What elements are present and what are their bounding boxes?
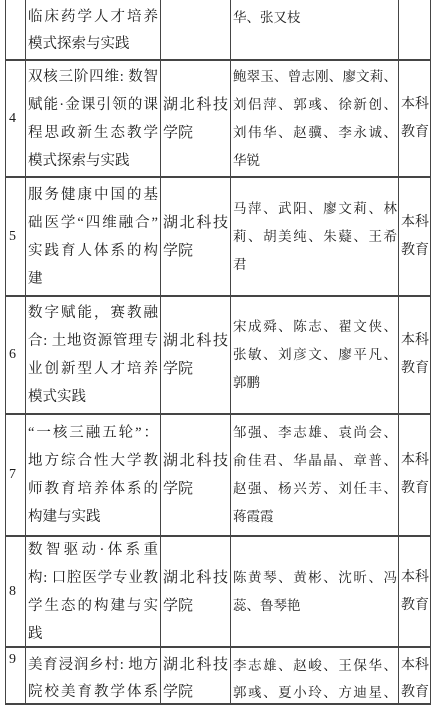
- table-row: 7 “一核三融五轮”：地方综合性大学教师教育培养体系的构建与实践 湖北科技学院 …: [6, 415, 431, 537]
- project-title-cell: 双核三阶四维: 数智赋能·金课引领的课程思政新生态教学模式探索与实践: [26, 61, 161, 176]
- text-line: 构: 口腔医学专业教: [28, 564, 158, 592]
- institution-cell: 湖北科技学院: [161, 537, 231, 646]
- text-line: 师教育培养体系的: [28, 475, 158, 503]
- text-line: 教育: [401, 119, 429, 147]
- text-line: 学院: [163, 592, 228, 620]
- text-line: 邹强、李志雄、袁尚会、: [233, 419, 397, 447]
- team-members-cell: 马萍、武阳、廖文莉、林莉、胡美纯、朱薿、王希君: [231, 178, 399, 295]
- text-line: 美育浸润乡村: 地方: [28, 652, 158, 679]
- text-line: 临床药学人才培养: [28, 4, 158, 31]
- text-line: 俞佳君、华晶晶、章普、: [233, 447, 397, 475]
- text-line: 学院: [163, 679, 228, 703]
- category-cell: 本科教育: [399, 297, 431, 413]
- text-line: 本科: [401, 652, 429, 679]
- team-members-cell: 李志雄、赵峻、王保华、郭彧、夏小玲、方迪星、: [231, 648, 399, 703]
- project-title-cell: 服务健康中国的基础医学“四维融合”实践育人体系的构建: [26, 178, 161, 295]
- text-line: 蕊、鲁琴艳: [233, 592, 397, 620]
- text-line: 本科: [401, 327, 429, 355]
- text-line: 本科: [401, 209, 429, 237]
- text-line: 学院: [163, 119, 228, 147]
- row-number-cell: 5: [6, 178, 26, 295]
- row-number-cell: 7: [6, 415, 26, 535]
- text-line: 本科: [401, 564, 429, 592]
- text-line: 陈黄琴、黄彬、沈昕、冯: [233, 564, 397, 592]
- projects-table: 临床药学人才培养模式探索与实践 华、张又枝 4 双核三阶四维: 数智赋能·金课引…: [5, 0, 431, 705]
- document-page: 临床药学人才培养模式探索与实践 华、张又枝 4 双核三阶四维: 数智赋能·金课引…: [0, 0, 435, 710]
- text-line: 赋能·金课引领的课: [28, 91, 158, 119]
- text-line: 华锐: [233, 147, 397, 175]
- text-line: 湖北科技: [163, 652, 228, 679]
- text-line: 宋成舜、陈志、翟文侠、: [233, 313, 397, 341]
- text-line: 湖北科技: [163, 91, 228, 119]
- text-line: 构建与实践: [28, 503, 158, 531]
- text-line: 张敏、刘彦文、廖平凡、: [233, 341, 397, 369]
- team-members-cell: 华、张又枝: [231, 0, 399, 59]
- text-line: 模式探索与实践: [28, 147, 158, 175]
- text-line: 数智驱动·体系重: [28, 537, 158, 564]
- text-line: 学生态的构建与实: [28, 592, 158, 620]
- text-line: 础医学“四维融合”: [28, 209, 158, 237]
- text-line: 郭鹏: [233, 369, 397, 397]
- institution-cell: 湖北科技学院: [161, 61, 231, 176]
- text-line: 业创新型人才培养: [28, 355, 158, 383]
- text-line: 湖北科技: [163, 447, 228, 475]
- text-line: 华、张又枝: [233, 4, 397, 31]
- text-line: 赵强、杨兴芳、刘任丰、: [233, 475, 397, 503]
- text-line: 程思政新生态教学: [28, 119, 158, 147]
- category-cell: [399, 0, 431, 59]
- team-members-cell: 陈黄琴、黄彬、沈昕、冯蕊、鲁琴艳: [231, 537, 399, 646]
- project-title-cell: “一核三融五轮”：地方综合性大学教师教育培养体系的构建与实践: [26, 415, 161, 535]
- category-cell: 本科教育: [399, 415, 431, 535]
- text-line: 学院: [163, 475, 228, 503]
- text-line: 教育: [401, 592, 429, 620]
- text-line: 院校美育教学体系: [28, 679, 158, 703]
- institution-cell: 湖北科技学院: [161, 297, 231, 413]
- text-line: 模式探索与实践: [28, 31, 158, 58]
- text-line: 教育: [401, 679, 429, 703]
- text-line: 教育: [401, 237, 429, 265]
- institution-cell: 湖北科技学院: [161, 415, 231, 535]
- row-number-cell: 4: [6, 61, 26, 176]
- row-number-cell: 9: [6, 648, 26, 703]
- text-line: 刘伟华、赵骥、李永诚、: [233, 119, 397, 147]
- category-cell: 本科教育: [399, 648, 431, 703]
- text-line: 湖北科技: [163, 209, 228, 237]
- table-row: 临床药学人才培养模式探索与实践 华、张又枝: [6, 0, 431, 61]
- text-line: “一核三融五轮”：: [28, 419, 158, 447]
- category-cell: 本科教育: [399, 178, 431, 295]
- category-cell: 本科教育: [399, 61, 431, 176]
- text-line: 本科: [401, 447, 429, 475]
- text-line: 刘侣萍、郭彧、徐新创、: [233, 91, 397, 119]
- text-line: 李志雄、赵峻、王保华、: [233, 652, 397, 679]
- text-line: 郭彧、夏小玲、方迪星、: [233, 679, 397, 703]
- text-line: 践: [28, 620, 158, 647]
- row-number-cell: [6, 0, 26, 59]
- institution-cell: 湖北科技学院: [161, 178, 231, 295]
- project-title-cell: 数字赋能，赛教融合: 土地资源管理专业创新型人才培养模式实践: [26, 297, 161, 413]
- team-members-cell: 邹强、李志雄、袁尚会、俞佳君、华晶晶、章普、赵强、杨兴芳、刘任丰、蒋霞霞: [231, 415, 399, 535]
- text-line: 模式实践: [28, 383, 158, 411]
- text-line: 莉、胡美纯、朱薿、王希: [233, 223, 397, 251]
- team-members-cell: 鲍翠玉、曾志刚、廖文莉、刘侣萍、郭彧、徐新创、刘伟华、赵骥、李永诚、华锐: [231, 61, 399, 176]
- table-row: 8 数智驱动·体系重构: 口腔医学专业教学生态的构建与实践 湖北科技学院 陈黄琴…: [6, 537, 431, 648]
- institution-cell: [161, 0, 231, 59]
- project-title-cell: 数智驱动·体系重构: 口腔医学专业教学生态的构建与实践: [26, 537, 161, 646]
- text-line: 湖北科技: [163, 564, 228, 592]
- text-line: 教育: [401, 475, 429, 503]
- text-line: 合: 土地资源管理专: [28, 327, 158, 355]
- project-title-cell: 临床药学人才培养模式探索与实践: [26, 0, 161, 59]
- text-line: 鲍翠玉、曾志刚、廖文莉、: [233, 63, 397, 91]
- text-line: 蒋霞霞: [233, 503, 397, 531]
- text-line: 地方综合性大学教: [28, 447, 158, 475]
- text-line: 服务健康中国的基: [28, 181, 158, 209]
- text-line: 数字赋能，赛教融: [28, 299, 158, 327]
- text-line: 实践育人体系的构: [28, 237, 158, 265]
- institution-cell: 湖北科技学院: [161, 648, 231, 703]
- table-row: 6 数字赋能，赛教融合: 土地资源管理专业创新型人才培养模式实践 湖北科技学院 …: [6, 297, 431, 415]
- text-line: 马萍、武阳、廖文莉、林: [233, 195, 397, 223]
- text-line: 双核三阶四维: 数智: [28, 63, 158, 91]
- text-line: 教育: [401, 355, 429, 383]
- text-line: 学院: [163, 237, 228, 265]
- team-members-cell: 宋成舜、陈志、翟文侠、张敏、刘彦文、廖平凡、郭鹏: [231, 297, 399, 413]
- text-line: 学院: [163, 355, 228, 383]
- table-row: 9 美育浸润乡村: 地方院校美育教学体系 湖北科技学院 李志雄、赵峻、王保华、郭…: [6, 648, 431, 705]
- row-number-cell: 8: [6, 537, 26, 646]
- table-row: 4 双核三阶四维: 数智赋能·金课引领的课程思政新生态教学模式探索与实践 湖北科…: [6, 61, 431, 178]
- text-line: 君: [233, 251, 397, 279]
- text-line: 本科: [401, 91, 429, 119]
- project-title-cell: 美育浸润乡村: 地方院校美育教学体系: [26, 648, 161, 703]
- row-number-cell: 6: [6, 297, 26, 413]
- table-row: 5 服务健康中国的基础医学“四维融合”实践育人体系的构建 湖北科技学院 马萍、武…: [6, 178, 431, 297]
- text-line: 建: [28, 265, 158, 293]
- category-cell: 本科教育: [399, 537, 431, 646]
- text-line: 湖北科技: [163, 327, 228, 355]
